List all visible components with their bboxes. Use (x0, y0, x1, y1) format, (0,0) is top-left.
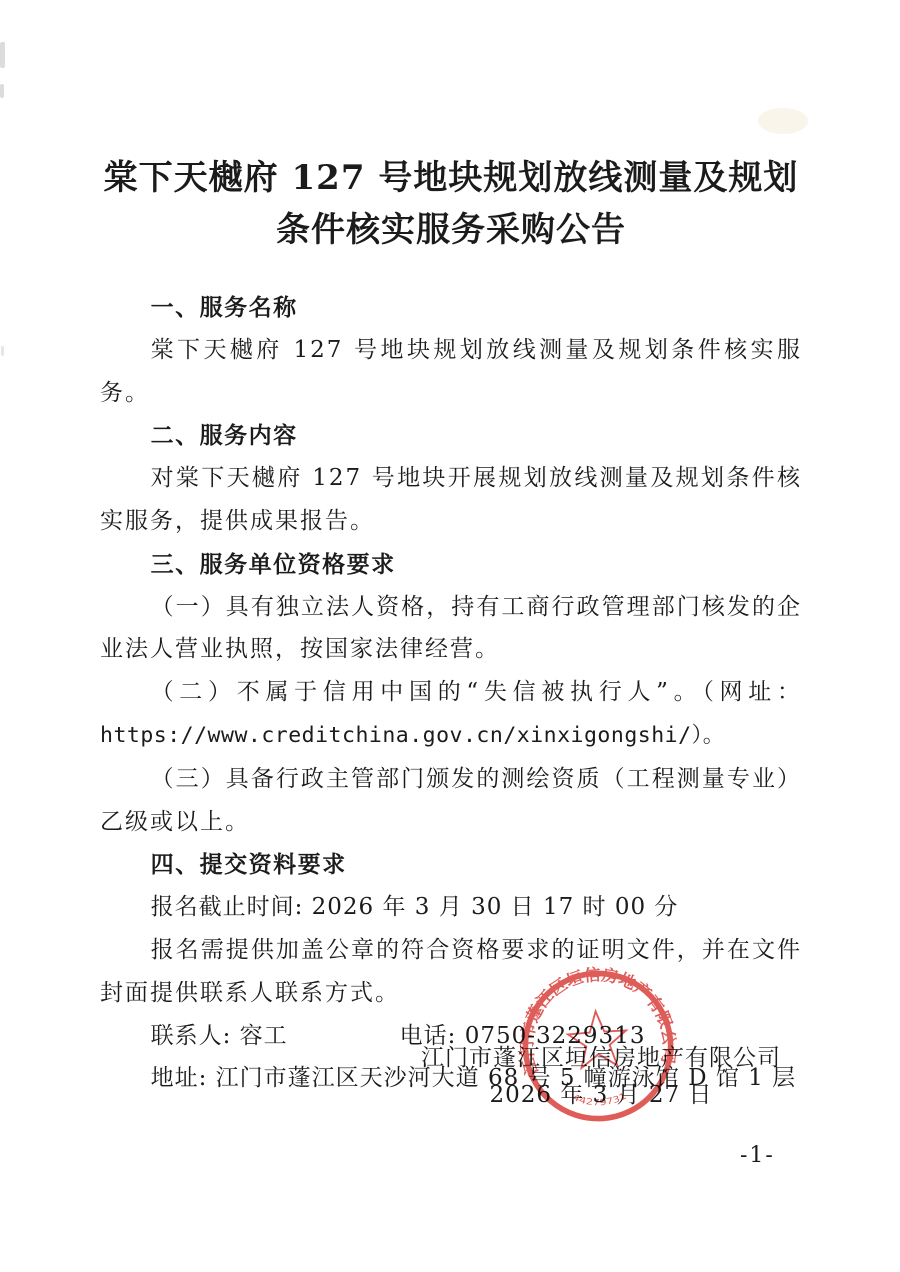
document-page: 棠下天樾府 127 号地块规划放线测量及规划 条件核实服务采购公告 一、服务名称… (0, 0, 900, 1272)
document-content: 棠下天樾府 127 号地块规划放线测量及规划 条件核实服务采购公告 一、服务名称… (100, 152, 802, 1100)
paragraph-qualification-3: （三）具备行政主管部门颁发的测绘资质（工程测量专业）乙级或以上。 (100, 758, 802, 844)
scan-edge-artifact (0, 42, 5, 68)
paragraph-qualification-1: （一）具有独立法人资格，持有工商行政管理部门核发的企业法人营业执照，按国家法律经… (100, 586, 802, 672)
qualification-2-text: （二）不属于信用中国的“失信被执行人”。（网址： (151, 679, 802, 705)
paragraph-service-name: 棠下天樾府 127 号地块规划放线测量及规划条件核实服务。 (100, 329, 802, 415)
document-body: 一、服务名称 棠下天樾府 127 号地块规划放线测量及规划条件核实服务。 二、服… (100, 286, 802, 1100)
section-heading-submission: 四、提交资料要求 (100, 843, 802, 886)
seal-serial-number: 44279731 (570, 1089, 629, 1110)
svg-text:江门市蓬江区垣信房地产有限公司: 江门市蓬江区垣信房地产有限公司 (512, 960, 680, 1077)
contact-person: 联系人: 容工 (151, 1023, 288, 1049)
page-title-line1: 棠下天樾府 127 号地块规划放线测量及规划 (104, 158, 799, 198)
paragraph-deadline: 报名截止时间: 2026 年 3 月 30 日 17 时 00 分 (100, 886, 802, 929)
section-heading-service-content: 二、服务内容 (100, 414, 802, 457)
seal-ring-text: 江门市蓬江区垣信房地产有限公司 (512, 960, 680, 1077)
paragraph-service-content: 对棠下天樾府 127 号地块开展规划放线测量及规划条件核实服务，提供成果报告。 (100, 457, 802, 543)
credit-china-url: https://www.creditchina.gov.cn/xinxigong… (100, 723, 725, 748)
scan-edge-artifact (1, 346, 4, 356)
svg-text:44279731: 44279731 (570, 1089, 629, 1110)
paragraph-submission-requirement: 报名需提供加盖公章的符合资格要求的证明文件，并在文件封面提供联系人联系方式。 (100, 929, 802, 1015)
page-number: -1- (740, 1143, 775, 1168)
company-seal-stamp: 江门市蓬江区垣信房地产有限公司 44279731 (500, 948, 696, 1144)
section-heading-service-name: 一、服务名称 (100, 286, 802, 329)
page-title: 棠下天樾府 127 号地块规划放线测量及规划 条件核实服务采购公告 (100, 152, 802, 256)
paragraph-qualification-2: （二）不属于信用中国的“失信被执行人”。（网址：https://www.cred… (100, 671, 802, 758)
scan-smudge-artifact (758, 108, 808, 134)
star-icon (567, 1009, 629, 1068)
scan-edge-artifact (0, 84, 4, 98)
page-title-line2: 条件核实服务采购公告 (276, 210, 626, 250)
section-heading-qualifications: 三、服务单位资格要求 (100, 543, 802, 586)
